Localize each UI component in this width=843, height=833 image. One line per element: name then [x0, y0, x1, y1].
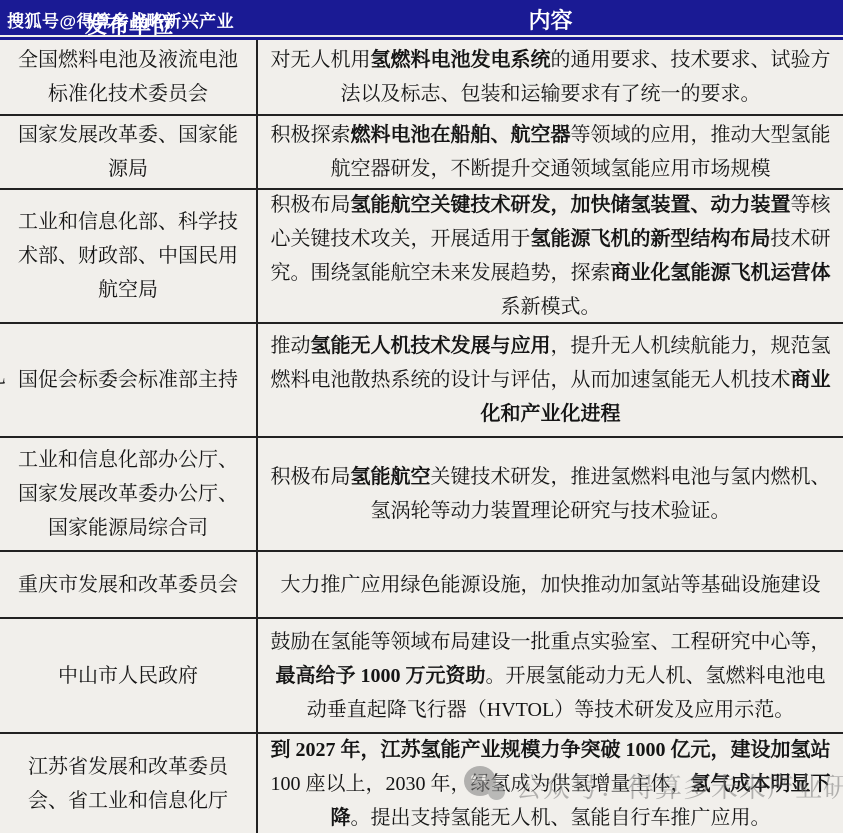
content-text: 鼓励在氢能等领域布局建设一批重点实验室、工程研究中心等，最高给予 1000 万元…: [267, 625, 834, 727]
org-cell: 国促会标委会标准部主持: [0, 324, 258, 436]
org-name: 全国燃料电池及液流电池标准化技术委员会: [14, 43, 242, 111]
content-cell: 推动氢能无人机技术发展与应用，提升无人机续航能力，规范氢燃料电池散热系统的设计与…: [258, 324, 843, 436]
clipped-edge-glyph: ）: [0, 776, 8, 800]
content-cell: 积极布局氢能航空关键技术研发，加快储氢装置、动力装置等核心关键技术攻关，开展适用…: [258, 190, 843, 322]
header-cell-content: 内容: [258, 7, 843, 35]
clipped-edge-glyph: 乚: [0, 364, 8, 388]
content-text: 积极探索燃料电池在船舶、航空器等领域的应用，推动大型氢能航空器研发，不断提升交通…: [267, 118, 834, 186]
org-name: 工业和信息化部、科学技术部、财政部、中国民用航空局: [14, 205, 242, 307]
org-cell: 重庆市发展和改革委员会: [0, 552, 258, 617]
content-text: 积极布局氢能航空关键技术研发，加快储氢装置、动力装置等核心关键技术攻关，开展适用…: [267, 188, 834, 324]
content-text: 推动氢能无人机技术发展与应用，提升无人机续航能力，规范氢燃料电池散热系统的设计与…: [267, 329, 834, 431]
content-text: 大力推广应用绿色能源设施，加快推动加氢站等基础设施建设: [281, 568, 821, 602]
content-cell: 积极布局氢能航空关键技术研发，推进氢燃料电池与氢内燃机、氢涡轮等动力装置理论研究…: [258, 438, 843, 550]
org-cell: 江苏省发展和改革委员会、省工业和信息化厅: [0, 734, 258, 833]
org-cell: 全国燃料电池及液流电池标准化技术委员会: [0, 40, 258, 114]
table-row: 中山市人民政府鼓励在氢能等领域布局建设一批重点实验室、工程研究中心等，最高给予 …: [0, 619, 843, 734]
org-name: 江苏省发展和改革委员会、省工业和信息化厅: [14, 750, 242, 818]
table-body: 全国燃料电池及液流电池标准化技术委员会对无人机用氢燃料电池发电系统的通用要求、技…: [0, 40, 843, 833]
table-row: 工业和信息化部、科学技术部、财政部、中国民用航空局积极布局氢能航空关键技术研发，…: [0, 190, 843, 324]
table-row: 乚国促会标委会标准部主持推动氢能无人机技术发展与应用，提升无人机续航能力，规范氢…: [0, 324, 843, 438]
org-cell: 国家发展改革委、国家能源局: [0, 116, 258, 188]
content-text: 到 2027 年，江苏氢能产业规模力争突破 1000 亿元，建设加氢站 100 …: [267, 733, 834, 833]
table-header: 发布单位 内容 搜狐号@得算多战略新兴产业: [0, 0, 843, 40]
article-table-page: 发布单位 内容 搜狐号@得算多战略新兴产业 全国燃料电池及液流电池标准化技术委员…: [0, 0, 843, 833]
content-cell: 积极探索燃料电池在船舶、航空器等领域的应用，推动大型氢能航空器研发，不断提升交通…: [258, 116, 843, 188]
table-row: ）江苏省发展和改革委员会、省工业和信息化厅到 2027 年，江苏氢能产业规模力争…: [0, 734, 843, 833]
top-watermark: 搜狐号@得算多战略新兴产业: [7, 7, 234, 32]
table-row: 工业和信息化部办公厅、国家发展改革委办公厅、国家能源局综合司积极布局氢能航空关键…: [0, 438, 843, 552]
org-name: 国促会标委会标准部主持: [18, 363, 238, 397]
content-text: 积极布局氢能航空关键技术研发，推进氢燃料电池与氢内燃机、氢涡轮等动力装置理论研究…: [267, 460, 834, 528]
content-cell: 对无人机用氢燃料电池发电系统的通用要求、技术要求、试验方法以及标志、包装和运输要…: [258, 40, 843, 114]
content-cell: 大力推广应用绿色能源设施，加快推动加氢站等基础设施建设: [258, 552, 843, 617]
content-cell: 鼓励在氢能等领域布局建设一批重点实验室、工程研究中心等，最高给予 1000 万元…: [258, 619, 843, 732]
content-text: 对无人机用氢燃料电池发电系统的通用要求、技术要求、试验方法以及标志、包装和运输要…: [267, 43, 834, 111]
org-cell: 工业和信息化部、科学技术部、财政部、中国民用航空局: [0, 190, 258, 322]
org-name: 中山市人民政府: [58, 659, 198, 693]
content-cell: 到 2027 年，江苏氢能产业规模力争突破 1000 亿元，建设加氢站 100 …: [258, 734, 843, 833]
table-row: 国家发展改革委、国家能源局积极探索燃料电池在船舶、航空器等领域的应用，推动大型氢…: [0, 116, 843, 190]
table-row: 全国燃料电池及液流电池标准化技术委员会对无人机用氢燃料电池发电系统的通用要求、技…: [0, 40, 843, 116]
org-name: 工业和信息化部办公厅、国家发展改革委办公厅、国家能源局综合司: [14, 443, 242, 545]
table-row: 重庆市发展和改革委员会大力推广应用绿色能源设施，加快推动加氢站等基础设施建设: [0, 552, 843, 619]
org-cell: 工业和信息化部办公厅、国家发展改革委办公厅、国家能源局综合司: [0, 438, 258, 550]
org-cell: 中山市人民政府: [0, 619, 258, 732]
org-name: 重庆市发展和改革委员会: [18, 568, 238, 602]
org-name: 国家发展改革委、国家能源局: [14, 118, 242, 186]
